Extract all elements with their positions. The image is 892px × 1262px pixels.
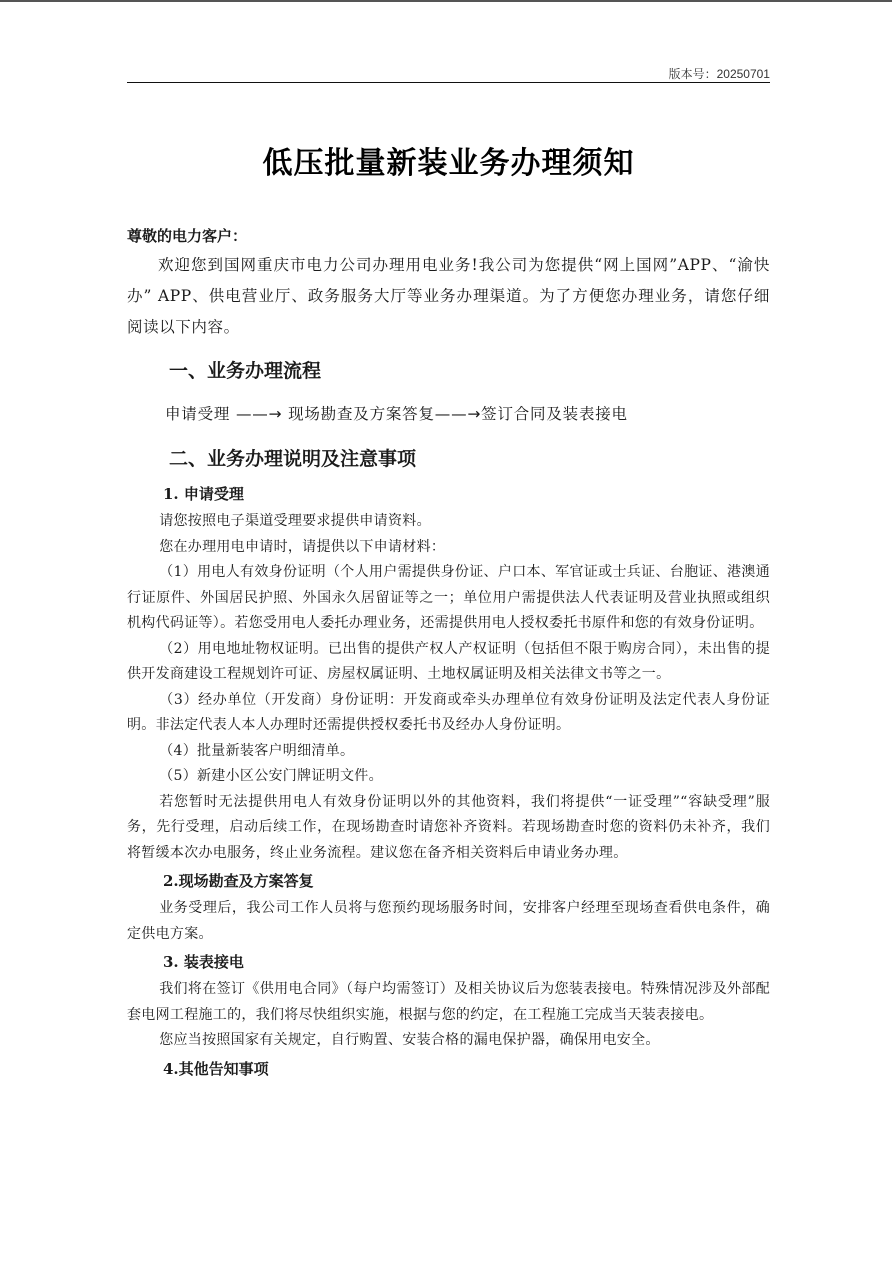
list-item: （2）用电地址物权证明。已出售的提供产权人产权证明（包括但不限于购房合同），未出… <box>127 637 770 688</box>
intro-paragraph: 欢迎您到国网重庆市电力公司办理用电业务!我公司为您提供“网上国网”APP、“渝快… <box>127 250 770 343</box>
version-number: 版本号：20250701 <box>669 65 770 82</box>
document-body: 尊敬的电力客户： 欢迎您到国网重庆市电力公司办理用电业务!我公司为您提供“网上国… <box>127 222 770 1084</box>
subsection-heading-other: 4.其他告知事项 <box>127 1054 770 1084</box>
paragraph: 请您按照电子渠道受理要求提供申请资料。 <box>127 509 770 535</box>
paragraph: 您在办理用电申请时，请提供以下申请材料： <box>127 535 770 561</box>
paragraph: 业务受理后，我公司工作人员将与您预约现场服务时间，安排客户经理至现场查看供电条件… <box>127 896 770 947</box>
subsection-heading-metering: 3. 装表接电 <box>127 947 770 977</box>
arrow-right-icon: ——→ <box>435 405 481 423</box>
paragraph: 您应当按照国家有关规定，自行购置、安装合格的漏电保护器，确保用电安全。 <box>127 1028 770 1054</box>
salutation: 尊敬的电力客户： <box>127 222 770 250</box>
list-item: （1）用电人有效身份证明（个人用户需提供身份证、户口本、军官证或士兵证、台胞证、… <box>127 560 770 637</box>
list-item: （3）经办单位（开发商）身份证明：开发商或牵头办理单位有效身份证明及法定代表人身… <box>127 688 770 739</box>
section-heading-process: 一、业务办理流程 <box>127 353 770 389</box>
section-heading-notes: 二、业务办理说明及注意事项 <box>127 439 770 479</box>
flow-step-contract: 签订合同及装表接电 <box>481 405 628 423</box>
subsection-heading-apply: 1. 申请受理 <box>127 479 770 509</box>
flow-step-survey: 现场勘查及方案答复 <box>288 405 435 423</box>
process-flow: 申请受理 ——→ 现场勘查及方案答复——→签订合同及装表接电 <box>127 389 770 439</box>
subsection-heading-survey: 2.现场勘查及方案答复 <box>127 866 770 896</box>
arrow-right-icon: ——→ <box>236 405 282 423</box>
page-header: 版本号：20250701 <box>127 62 770 83</box>
list-item: （5）新建小区公安门牌证明文件。 <box>127 764 770 790</box>
paragraph: 若您暂时无法提供用电人有效身份证明以外的其他资料，我们将提供“一证受理”“容缺受… <box>127 790 770 867</box>
list-item: （4）批量新装客户明细清单。 <box>127 739 770 765</box>
paragraph: 我们将在签订《供用电合同》（每户均需签订）及相关协议后为您装表接电。特殊情况涉及… <box>127 977 770 1028</box>
page-top-border <box>0 0 892 2</box>
document-title: 低压批量新装业务办理须知 <box>127 138 770 182</box>
flow-step-apply: 申请受理 <box>165 405 230 423</box>
